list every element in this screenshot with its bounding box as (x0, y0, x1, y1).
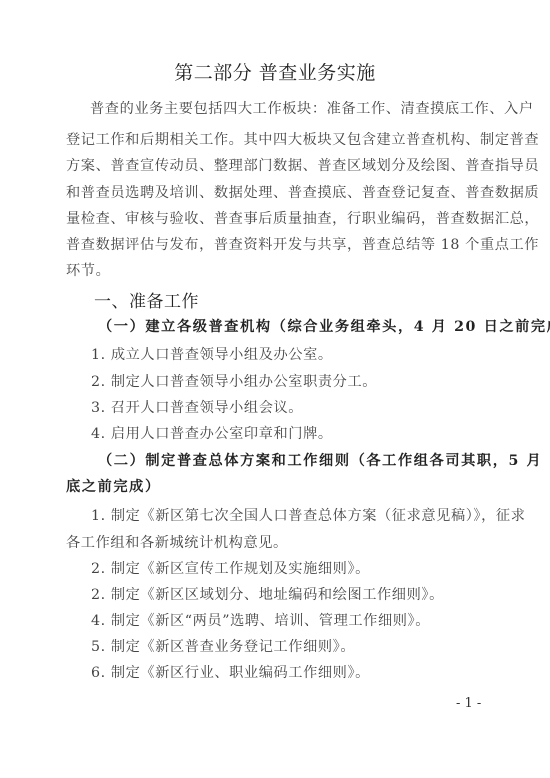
list-item: 2. 制定《新区区域划分、地址编码和绘图工作细则》。 (91, 584, 444, 604)
list-item: 2. 制定人口普查领导小组办公室职责分工。 (91, 371, 377, 391)
document-page: 第二部分 普查业务实施 普查的业务主要包括四大工作板块：准备工作、清查摸底工作、… (0, 0, 550, 778)
list-item: 4. 启用人口普查办公室印章和门牌。 (91, 423, 333, 443)
intro-paragraph-line: 和普查员选聘及培训、数据处理、普查摸底、普查登记复查、普查数据质 (66, 182, 539, 202)
list-item-continued: 各工作组和各新城统计机构意见。 (66, 532, 288, 552)
page-title: 第二部分 普查业务实施 (0, 58, 550, 85)
intro-paragraph-line: 环节。 (66, 260, 110, 280)
list-item: 1. 制定《新区第七次全国人口普查总体方案（征求意见稿）》，征求 (91, 505, 526, 525)
list-item: 5. 制定《新区普查业务登记工作细则》。 (91, 636, 355, 656)
subsection-heading: （一）建立各级普查机构（综合业务组牵头，4 月 20 日之前完成） (98, 316, 550, 336)
list-item: 2. 制定《新区宣传工作规划及实施细则》。 (91, 558, 370, 578)
subsection-heading-continued: 底之前完成） (66, 476, 161, 496)
list-item: 6. 制定《新区行业、职业编码工作细则》。 (91, 662, 370, 682)
subsection-heading: （二）制定普查总体方案和工作细则（各工作组各司其职，5 月 (98, 450, 542, 470)
intro-paragraph-line: 普查的业务主要包括四大工作板块：准备工作、清查摸底工作、入户 (90, 98, 534, 118)
intro-paragraph-line: 登记工作和后期相关工作。其中四大板块又包含建立普查机构、制定普查 (66, 129, 539, 149)
list-item: 1. 成立人口普查领导小组及办公室。 (91, 344, 333, 364)
list-item: 4. 制定《新区“两员”选聘、培训、管理工作细则》。 (91, 610, 430, 630)
page-number: - 1 - (456, 696, 481, 711)
intro-paragraph-line: 普查数据评估与发布，普查资料开发与共享，普查总结等 18 个重点工作 (66, 234, 539, 254)
section-heading: 一、准备工作 (94, 287, 199, 312)
intro-paragraph-line: 量检查、审核与验收、普查事后质量抽查，行职业编码，普查数据汇总， (66, 208, 539, 228)
intro-paragraph-line: 方案、普查宣传动员、整理部门数据、普查区域划分及绘图、普查指导员 (66, 155, 539, 175)
list-item: 3. 召开人口普查领导小组会议。 (91, 397, 303, 417)
